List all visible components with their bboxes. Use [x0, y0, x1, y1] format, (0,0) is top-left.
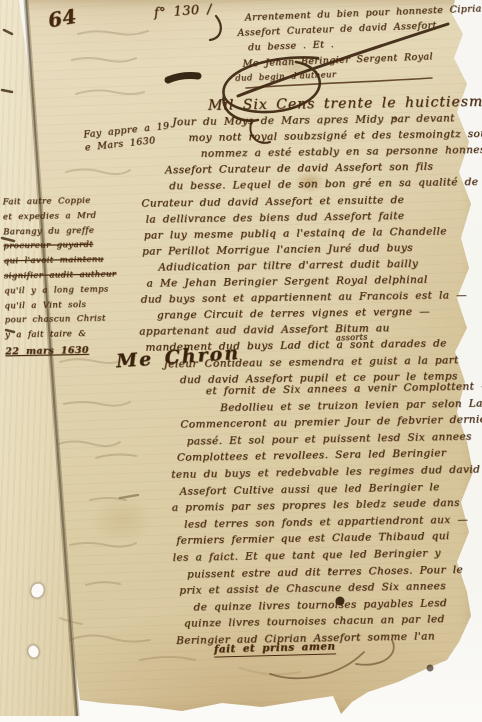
manuscript-line: y a fait taire &: [5, 326, 157, 343]
body-paragraph-2: et fornit de Six annees a venir Complott…: [170, 378, 482, 649]
header-title-block: Arrentement du bien pour honneste Cipria…: [231, 1, 482, 87]
margin-note-copy: Fait autre Coppieet expedies a MrdBarang…: [3, 193, 158, 360]
page-number: 64: [46, 4, 78, 33]
body-paragraph-1: Mil Six Cens trente le huictiesme —Jour …: [116, 93, 482, 389]
interline-insertion: assorts: [336, 332, 368, 342]
manuscript-scan: 64 f° 130 / Arrentement du bien pour hon…: [0, 0, 482, 722]
